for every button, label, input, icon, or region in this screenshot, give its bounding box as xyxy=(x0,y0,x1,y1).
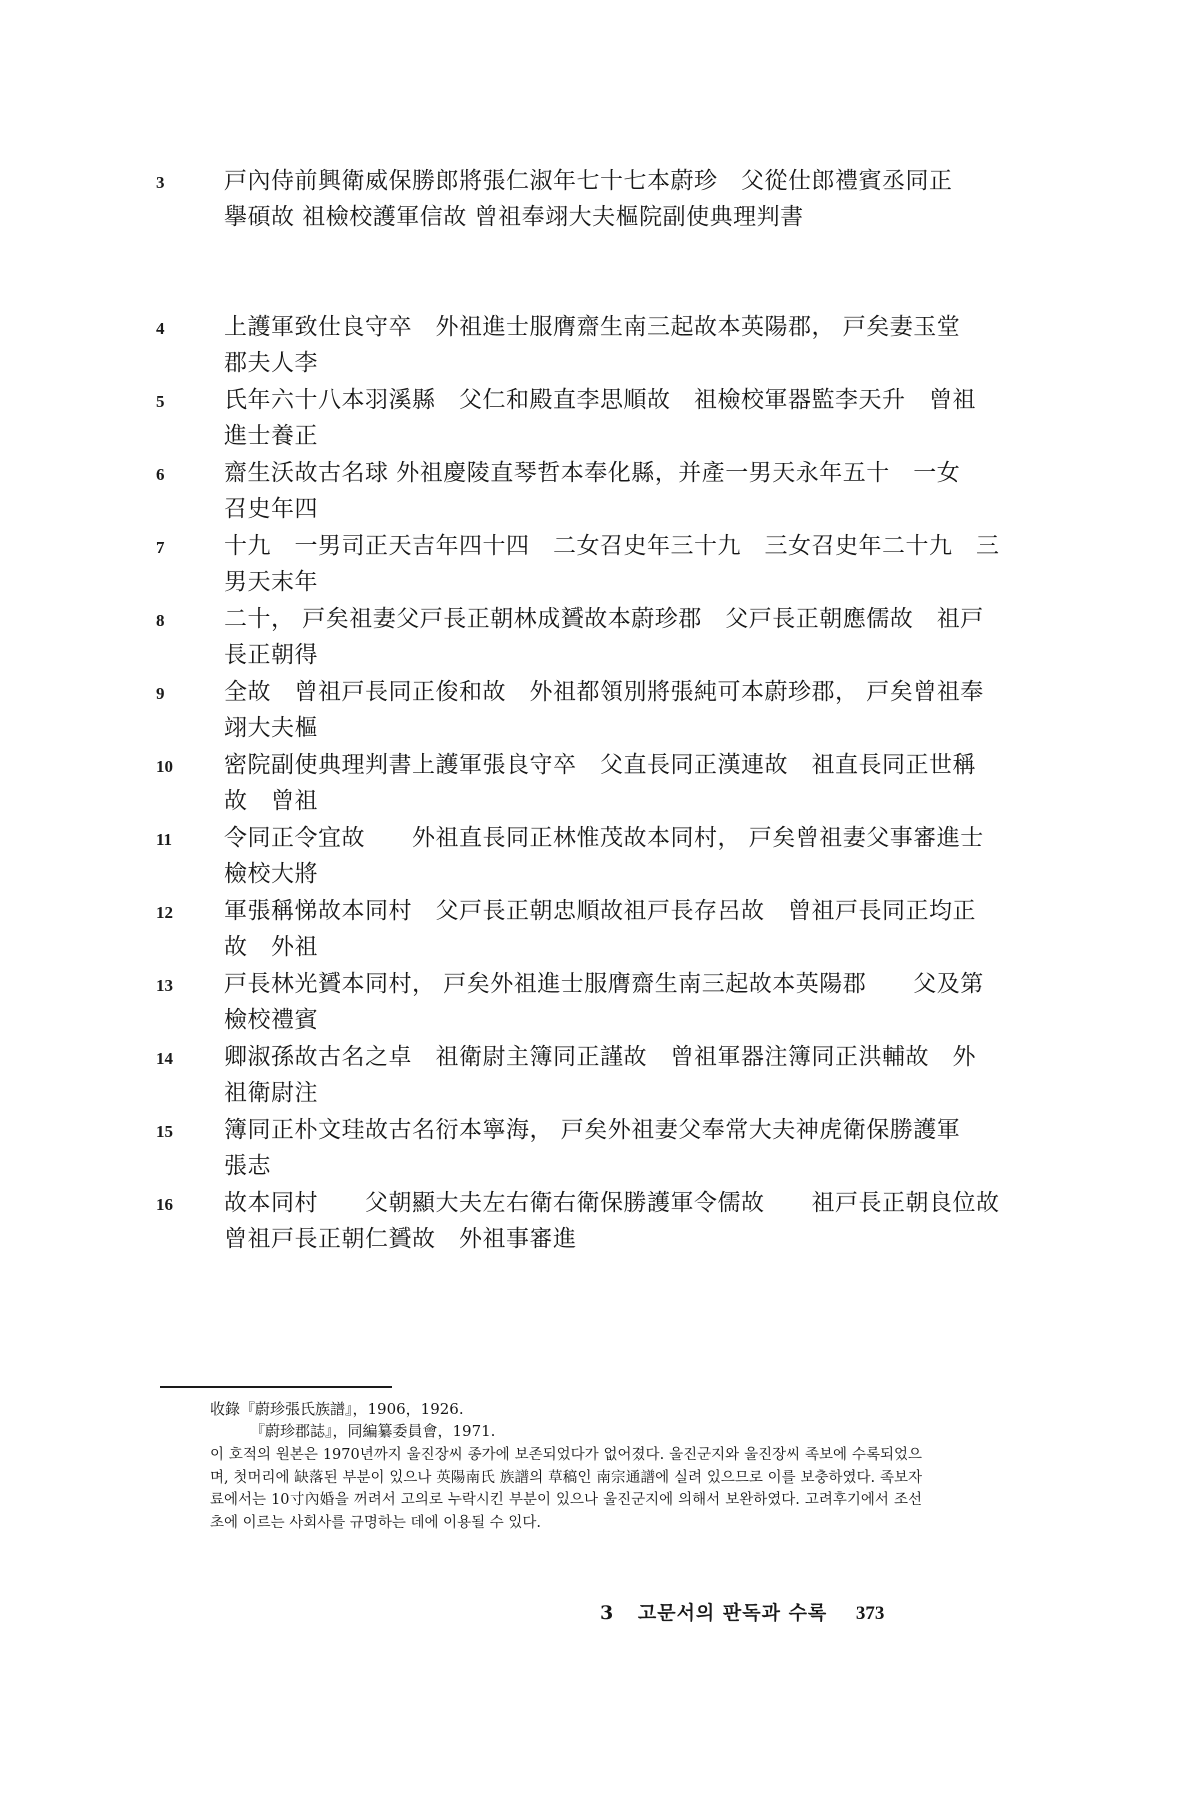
line-number: 9 xyxy=(156,684,196,704)
entry-text-line: 檢校大將 xyxy=(224,855,318,888)
line-number: 10 xyxy=(156,757,196,777)
line-number: 15 xyxy=(156,1122,196,1142)
line-number: 14 xyxy=(156,1049,196,1069)
line-number: 13 xyxy=(156,976,196,996)
chapter-title: 고문서의 판독과 수록 xyxy=(638,1602,827,1624)
entry-4: 4 上護軍致仕良守卒 外祖進士服膺齋生南三起故本英陽郡， 戸矣妻玉堂 郡夫人李 xyxy=(160,306,940,379)
entry-text-line: 故 曾祖 xyxy=(224,782,318,815)
footnote-block: 收錄『蔚珍張氏族譜』，1906，1926. 『蔚珍郡誌』，同編纂委員會，1971… xyxy=(210,1398,930,1534)
entry-6: 6 齋生沃故古名球 外祖慶陵直琴哲本奉化縣，并產一男天永年五十 一女 召史年四 xyxy=(160,452,940,525)
entry-13: 13 戸長林光贇本同村， 戸矣外祖進士服膺齋生南三起故本英陽郡 父及第 檢校禮賓 xyxy=(160,963,940,1036)
entry-text-line: 祖衛尉注 xyxy=(224,1074,318,1107)
entry-text-line: 戸內侍前興衛威保勝郎將張仁淑年七十七本蔚珍 父從仕郎禮賓丞同正 xyxy=(224,162,953,195)
entry-14: 14 卿淑孫故古名之卓 祖衛尉主簿同正謹故 曾祖軍器注簿同正洪輔故 外 祖衛尉注 xyxy=(160,1036,940,1109)
entry-5: 5 氏年六十八本羽溪縣 父仁和殿直李思順故 祖檢校軍器監李天升 曾祖 進士養正 xyxy=(160,379,940,452)
line-number: 12 xyxy=(156,903,196,923)
line-number: 3 xyxy=(156,173,196,193)
line-number: 16 xyxy=(156,1195,196,1215)
entry-11: 11 令同正令宜故 外祖直長同正林惟茂故本同村， 戸矣曾祖妻父事審進士 檢校大將 xyxy=(160,817,940,890)
entry-text-line: 齋生沃故古名球 外祖慶陵直琴哲本奉化縣，并產一男天永年五十 一女 xyxy=(224,454,960,487)
entry-text-line: 召史年四 xyxy=(224,490,318,523)
entry-3: 3 戸內侍前興衛威保勝郎將張仁淑年七十七本蔚珍 父從仕郎禮賓丞同正 擧碩故 祖檢… xyxy=(160,160,940,306)
entry-7: 7 十九 一男司正天吉年四十四 二女召史年三十九 三女召史年二十九 三 男天末年 xyxy=(160,525,940,598)
entry-text-line: 戸長林光贇本同村， 戸矣外祖進士服膺齋生南三起故本英陽郡 父及第 xyxy=(224,965,984,998)
entry-text-line: 男天末年 xyxy=(224,563,318,596)
entry-text-line: 上護軍致仕良守卒 外祖進士服膺齋生南三起故本英陽郡， 戸矣妻玉堂 xyxy=(224,308,960,341)
entry-text-line: 軍張稱悌故本同村 父戸長正朝忠順故祖戸長存呂故 曾祖戸長同正均正 xyxy=(224,892,976,925)
entry-text-line: 令同正令宜故 外祖直長同正林惟茂故本同村， 戸矣曾祖妻父事審進士 xyxy=(224,819,984,852)
entry-text-line: 曾祖戸長正朝仁贇故 外祖事審進 xyxy=(224,1220,577,1253)
entry-text-line: 二十， 戸矣祖妻父戸長正朝林成贇故本蔚珍郡 父戸長正朝應儒故 祖戸 xyxy=(224,600,984,633)
footnote-divider xyxy=(160,1386,392,1388)
source-citation-1: 收錄『蔚珍張氏族譜』，1906，1926. xyxy=(210,1398,930,1420)
document-page: 3 戸內侍前興衛威保勝郎將張仁淑年七十七本蔚珍 父從仕郎禮賓丞同正 擧碩故 祖檢… xyxy=(0,0,1200,1800)
entry-text-line: 翊大夫樞 xyxy=(224,709,318,742)
entry-text-line: 張志 xyxy=(224,1147,271,1180)
entry-text-line: 長正朝得 xyxy=(224,636,318,669)
page-footer: 3 고문서의 판독과 수록 373 xyxy=(600,1598,884,1625)
household-register-entries: 3 戸內侍前興衛威保勝郎將張仁淑年七十七本蔚珍 父從仕郎禮賓丞同正 擧碩故 祖檢… xyxy=(160,160,940,1255)
entry-text-line: 簿同正朴文珪故古名衍本寧海， 戸矣外祖妻父奉常大夫神虎衛保勝護軍 xyxy=(224,1111,960,1144)
page-number: 373 xyxy=(856,1603,885,1624)
entry-text-line: 郡夫人李 xyxy=(224,344,318,377)
entry-text-line: 氏年六十八本羽溪縣 父仁和殿直李思順故 祖檢校軍器監李天升 曾祖 xyxy=(224,381,976,414)
entry-text-line: 擧碩故 祖檢校護軍信故 曾祖奉翊大夫樞院副使典理判書 xyxy=(224,198,804,231)
entry-9: 9 全故 曾祖戸長同正俊和故 外祖都領別將張純可本蔚珍郡， 戸矣曾祖奉 翊大夫樞 xyxy=(160,671,940,744)
entry-text-line: 故本同村 父朝顯大夫左右衛右衛保勝護軍令儒故 祖戸長正朝良位故 xyxy=(224,1184,1000,1217)
entry-12: 12 軍張稱悌故本同村 父戸長正朝忠順故祖戸長存呂故 曾祖戸長同正均正 故 外祖 xyxy=(160,890,940,963)
source-citation-2: 『蔚珍郡誌』，同編纂委員會，1971. xyxy=(210,1420,930,1442)
line-number: 4 xyxy=(156,319,196,339)
entry-8: 8 二十， 戸矣祖妻父戸長正朝林成贇故本蔚珍郡 父戸長正朝應儒故 祖戸 長正朝得 xyxy=(160,598,940,671)
entry-16: 16 故本同村 父朝顯大夫左右衛右衛保勝護軍令儒故 祖戸長正朝良位故 曾祖戸長正… xyxy=(160,1182,940,1255)
entry-text-line: 檢校禮賓 xyxy=(224,1001,318,1034)
entry-text-line: 故 外祖 xyxy=(224,928,318,961)
entry-15: 15 簿同正朴文珪故古名衍本寧海， 戸矣外祖妻父奉常大夫神虎衛保勝護軍 張志 xyxy=(160,1109,940,1182)
line-number: 5 xyxy=(156,392,196,412)
entry-text-line: 進士養正 xyxy=(224,417,318,450)
commentary-paragraph: 이 호적의 원본은 1970년까지 울진장씨 종가에 보존되었다가 없어졌다. … xyxy=(210,1444,922,1534)
line-number: 8 xyxy=(156,611,196,631)
entry-text-line: 全故 曾祖戸長同正俊和故 外祖都領別將張純可本蔚珍郡， 戸矣曾祖奉 xyxy=(224,673,984,706)
chapter-number: 3 xyxy=(600,1602,613,1624)
entry-10: 10 密院副使典理判書上護軍張良守卒 父直長同正漢連故 祖直長同正世稱 故 曾祖 xyxy=(160,744,940,817)
entry-text-line: 卿淑孫故古名之卓 祖衛尉主簿同正謹故 曾祖軍器注簿同正洪輔故 外 xyxy=(224,1038,976,1071)
entry-text-line: 密院副使典理判書上護軍張良守卒 父直長同正漢連故 祖直長同正世稱 xyxy=(224,746,976,779)
line-number: 11 xyxy=(156,830,196,850)
line-number: 6 xyxy=(156,465,196,485)
entry-text-line: 十九 一男司正天吉年四十四 二女召史年三十九 三女召史年二十九 三 xyxy=(224,527,1000,560)
line-number: 7 xyxy=(156,538,196,558)
